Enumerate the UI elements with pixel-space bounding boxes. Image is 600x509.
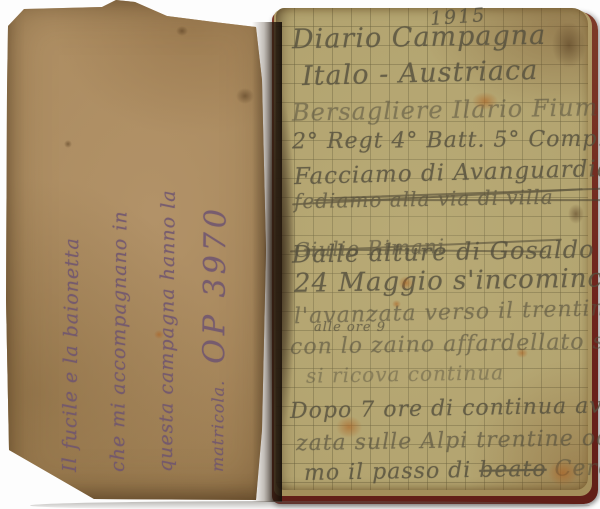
diary-line: zata sulle Alpi trentine occupa <box>296 425 600 456</box>
stain <box>154 330 164 339</box>
stain <box>176 26 188 36</box>
rifle-serial-number: OP 3970 <box>195 205 237 364</box>
diary-line: con lo zaino affardellato si <box>290 329 600 360</box>
inscription-line: che mi accompagnano in <box>98 58 142 472</box>
inscription-line: questa campagna hanno la <box>146 58 190 472</box>
diary-line: si ricova continua <box>306 360 504 387</box>
diary-line-last: mo il passo di beato Cereda <box>304 455 600 486</box>
cover-inscription: Il fucile e la baionetta che mi accompag… <box>52 58 240 472</box>
spine-fold-shadow <box>264 90 296 440</box>
matricola-label: matricola. <box>198 380 239 473</box>
stain <box>568 204 584 224</box>
notebook-scan: Il fucile e la baionetta che mi accompag… <box>0 0 600 509</box>
diary-page: 1915 Diario Campagna Italo - Austriaca B… <box>276 8 588 490</box>
diary-line: Italo - Austriaca <box>302 55 539 92</box>
scan-drop-shadow <box>30 501 590 509</box>
inside-cover-left: Il fucile e la baionetta che mi accompag… <box>4 0 274 504</box>
struck-line: fediamo alla via di villa <box>294 185 554 214</box>
diary-line: Facciamo di Avanguardia <box>294 156 600 190</box>
last-line-prefix: mo il passo di <box>304 458 480 486</box>
diary-line: 2° Regt 4° Batt. 5° Comp. <box>292 127 600 155</box>
last-line-suffix: Cereda <box>546 455 600 482</box>
stain <box>64 140 72 148</box>
diary-line: Dopo 7 ore di continua avan <box>290 393 600 424</box>
diary-line: Bersagliere Ilario Fium <box>292 93 599 126</box>
strike-mark <box>314 199 600 201</box>
struck-word: beato <box>479 457 547 483</box>
inscription-line: matricola. OP 3970 <box>194 58 242 472</box>
inscription-line: Il fucile e la baionetta <box>50 58 94 472</box>
diary-line: 24 Maggio s'incomincia <box>294 263 600 299</box>
diary-line: Diario Campagna <box>292 20 547 55</box>
stain <box>552 22 586 68</box>
